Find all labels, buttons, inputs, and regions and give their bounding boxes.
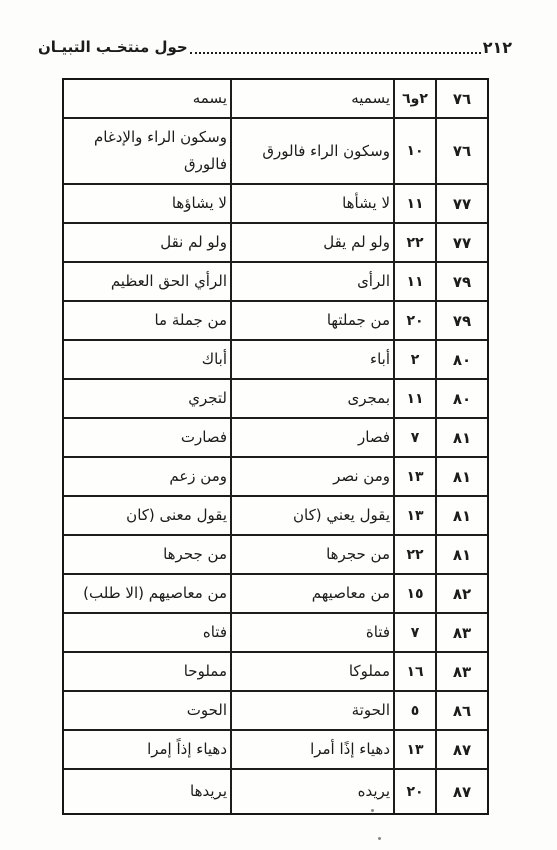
line-number-cell: ٧ xyxy=(393,614,435,651)
running-header: ٢١٢ حول منتخـب التبيـان xyxy=(38,36,512,58)
table-rows: ٧٦ ٢و٦ يسميه يسمه ٧٦ ١٠ وسكون الراء فالو… xyxy=(64,80,487,813)
table-row: ٨١ ١٣ يقول يعني (كان يقول معنى (كان xyxy=(64,495,487,534)
line-number-cell: ١٣ xyxy=(393,497,435,534)
page-number-cell: ٨٣ xyxy=(435,653,487,690)
table-row: ٨٦ ٥ الحوتة الحوت xyxy=(64,690,487,729)
page-number-cell: ٨٠ xyxy=(435,380,487,417)
correction-text-cell: لا يشاؤها xyxy=(64,185,230,222)
table-row: ٨٧ ٢٠ يريده يريدها xyxy=(64,768,487,813)
page-number-cell: ٧٩ xyxy=(435,302,487,339)
original-text-cell: الحوتة xyxy=(230,692,393,729)
page-number-cell: ٨٣ xyxy=(435,614,487,651)
correction-text-cell: وسكون الراء والإدغام فالورق xyxy=(64,119,230,183)
table-row: ٧٧ ١١ لا يشأها لا يشاؤها xyxy=(64,183,487,222)
correction-text-cell: فصارت xyxy=(64,419,230,456)
correction-text-cell: دهياء إذاً إمرا xyxy=(64,731,230,768)
page-number-cell: ٧٧ xyxy=(435,185,487,222)
correction-text-cell: مملوحا xyxy=(64,653,230,690)
scan-speck xyxy=(378,837,381,840)
correction-text-cell: من جملة ما xyxy=(64,302,230,339)
page-number-cell: ٧٩ xyxy=(435,263,487,300)
corrections-table: ٧٦ ٢و٦ يسميه يسمه ٧٦ ١٠ وسكون الراء فالو… xyxy=(62,78,489,815)
original-text-cell: لا يشأها xyxy=(230,185,393,222)
table-row: ٨١ ٢٢ من حجرها من جحرها xyxy=(64,534,487,573)
table-row: ٧٦ ١٠ وسكون الراء فالورق وسكون الراء وال… xyxy=(64,117,487,183)
chapter-title: حول منتخـب التبيـان xyxy=(38,38,188,56)
correction-text-cell: الرأي الحق العظيم xyxy=(64,263,230,300)
line-number-cell: ٢٠ xyxy=(393,770,435,813)
correction-text-cell: يقول معنى (كان xyxy=(64,497,230,534)
original-text-cell: فصار xyxy=(230,419,393,456)
line-number-cell: ٢و٦ xyxy=(393,80,435,117)
page-number-cell: ٧٦ xyxy=(435,80,487,117)
original-text-cell: يسميه xyxy=(230,80,393,117)
correction-text-cell: لتجري xyxy=(64,380,230,417)
original-text-cell: يريده xyxy=(230,770,393,813)
page-number-cell: ٨٧ xyxy=(435,770,487,813)
original-text-cell: وسكون الراء فالورق xyxy=(230,119,393,183)
line-number-cell: ١١ xyxy=(393,380,435,417)
line-number-cell: ١٠ xyxy=(393,119,435,183)
table-row: ٨٠ ١١ بمجرى لتجري xyxy=(64,378,487,417)
table-row: ٨٧ ١٣ دهياء إذًا أمرا دهياء إذاً إمرا xyxy=(64,729,487,768)
page-number-cell: ٨١ xyxy=(435,419,487,456)
page-number-cell: ٨٢ xyxy=(435,575,487,612)
page-number-cell: ٨١ xyxy=(435,536,487,573)
line-number-cell: ٢٢ xyxy=(393,536,435,573)
correction-text-cell: ولو لم نقل xyxy=(64,224,230,261)
original-text-cell: الرأى xyxy=(230,263,393,300)
original-text-cell: دهياء إذًا أمرا xyxy=(230,731,393,768)
line-number-cell: ٥ xyxy=(393,692,435,729)
original-text-cell: مملوكا xyxy=(230,653,393,690)
correction-text-cell: يريدها xyxy=(64,770,230,813)
line-number-cell: ١١ xyxy=(393,263,435,300)
scan-speck xyxy=(371,809,374,812)
correction-text-cell: ومن زعم xyxy=(64,458,230,495)
line-number-cell: ١١ xyxy=(393,185,435,222)
table-row: ٨١ ٧ فصار فصارت xyxy=(64,417,487,456)
table-row: ٨٣ ٧ فتاة فتاه xyxy=(64,612,487,651)
original-text-cell: يقول يعني (كان xyxy=(230,497,393,534)
original-text-cell: ولو لم يقل xyxy=(230,224,393,261)
correction-text-cell: الحوت xyxy=(64,692,230,729)
page-number-cell: ٨٦ xyxy=(435,692,487,729)
line-number-cell: ٢٢ xyxy=(393,224,435,261)
dotted-leader xyxy=(190,40,481,54)
table-row: ٧٩ ٢٠ من جملتها من جملة ما xyxy=(64,300,487,339)
original-text-cell: ومن نصر xyxy=(230,458,393,495)
correction-text-cell: من معاصيهم (الا طلب) xyxy=(64,575,230,612)
line-number-cell: ٢ xyxy=(393,341,435,378)
table-row: ٧٩ ١١ الرأى الرأي الحق العظيم xyxy=(64,261,487,300)
table-row: ٨٢ ١٥ من معاصيهم من معاصيهم (الا طلب) xyxy=(64,573,487,612)
page-number-cell: ٨٠ xyxy=(435,341,487,378)
original-text-cell: من جملتها xyxy=(230,302,393,339)
page-number-cell: ٨١ xyxy=(435,458,487,495)
line-number-cell: ١٣ xyxy=(393,731,435,768)
correction-text-cell: فتاه xyxy=(64,614,230,651)
table-row: ٨٠ ٢ أباء أباك xyxy=(64,339,487,378)
line-number-cell: ١٥ xyxy=(393,575,435,612)
original-text-cell: أباء xyxy=(230,341,393,378)
page-number-cell: ٧٧ xyxy=(435,224,487,261)
page-number-cell: ٧٦ xyxy=(435,119,487,183)
table-row: ٨٣ ١٦ مملوكا مملوحا xyxy=(64,651,487,690)
line-number-cell: ٢٠ xyxy=(393,302,435,339)
line-number-cell: ٧ xyxy=(393,419,435,456)
table-row: ٨١ ١٣ ومن نصر ومن زعم xyxy=(64,456,487,495)
correction-text-cell: يسمه xyxy=(64,80,230,117)
page-number-cell: ٨١ xyxy=(435,497,487,534)
page-number: ٢١٢ xyxy=(483,38,512,57)
original-text-cell: من حجرها xyxy=(230,536,393,573)
correction-text-cell: أباك xyxy=(64,341,230,378)
table-row: ٧٧ ٢٢ ولو لم يقل ولو لم نقل xyxy=(64,222,487,261)
book-page: { "header": { "page_number": "٢١٢", "tit… xyxy=(0,0,557,850)
line-number-cell: ١٣ xyxy=(393,458,435,495)
original-text-cell: من معاصيهم xyxy=(230,575,393,612)
correction-text-cell: من جحرها xyxy=(64,536,230,573)
line-number-cell: ١٦ xyxy=(393,653,435,690)
table-row: ٧٦ ٢و٦ يسميه يسمه xyxy=(64,80,487,117)
page-number-cell: ٨٧ xyxy=(435,731,487,768)
original-text-cell: بمجرى xyxy=(230,380,393,417)
original-text-cell: فتاة xyxy=(230,614,393,651)
